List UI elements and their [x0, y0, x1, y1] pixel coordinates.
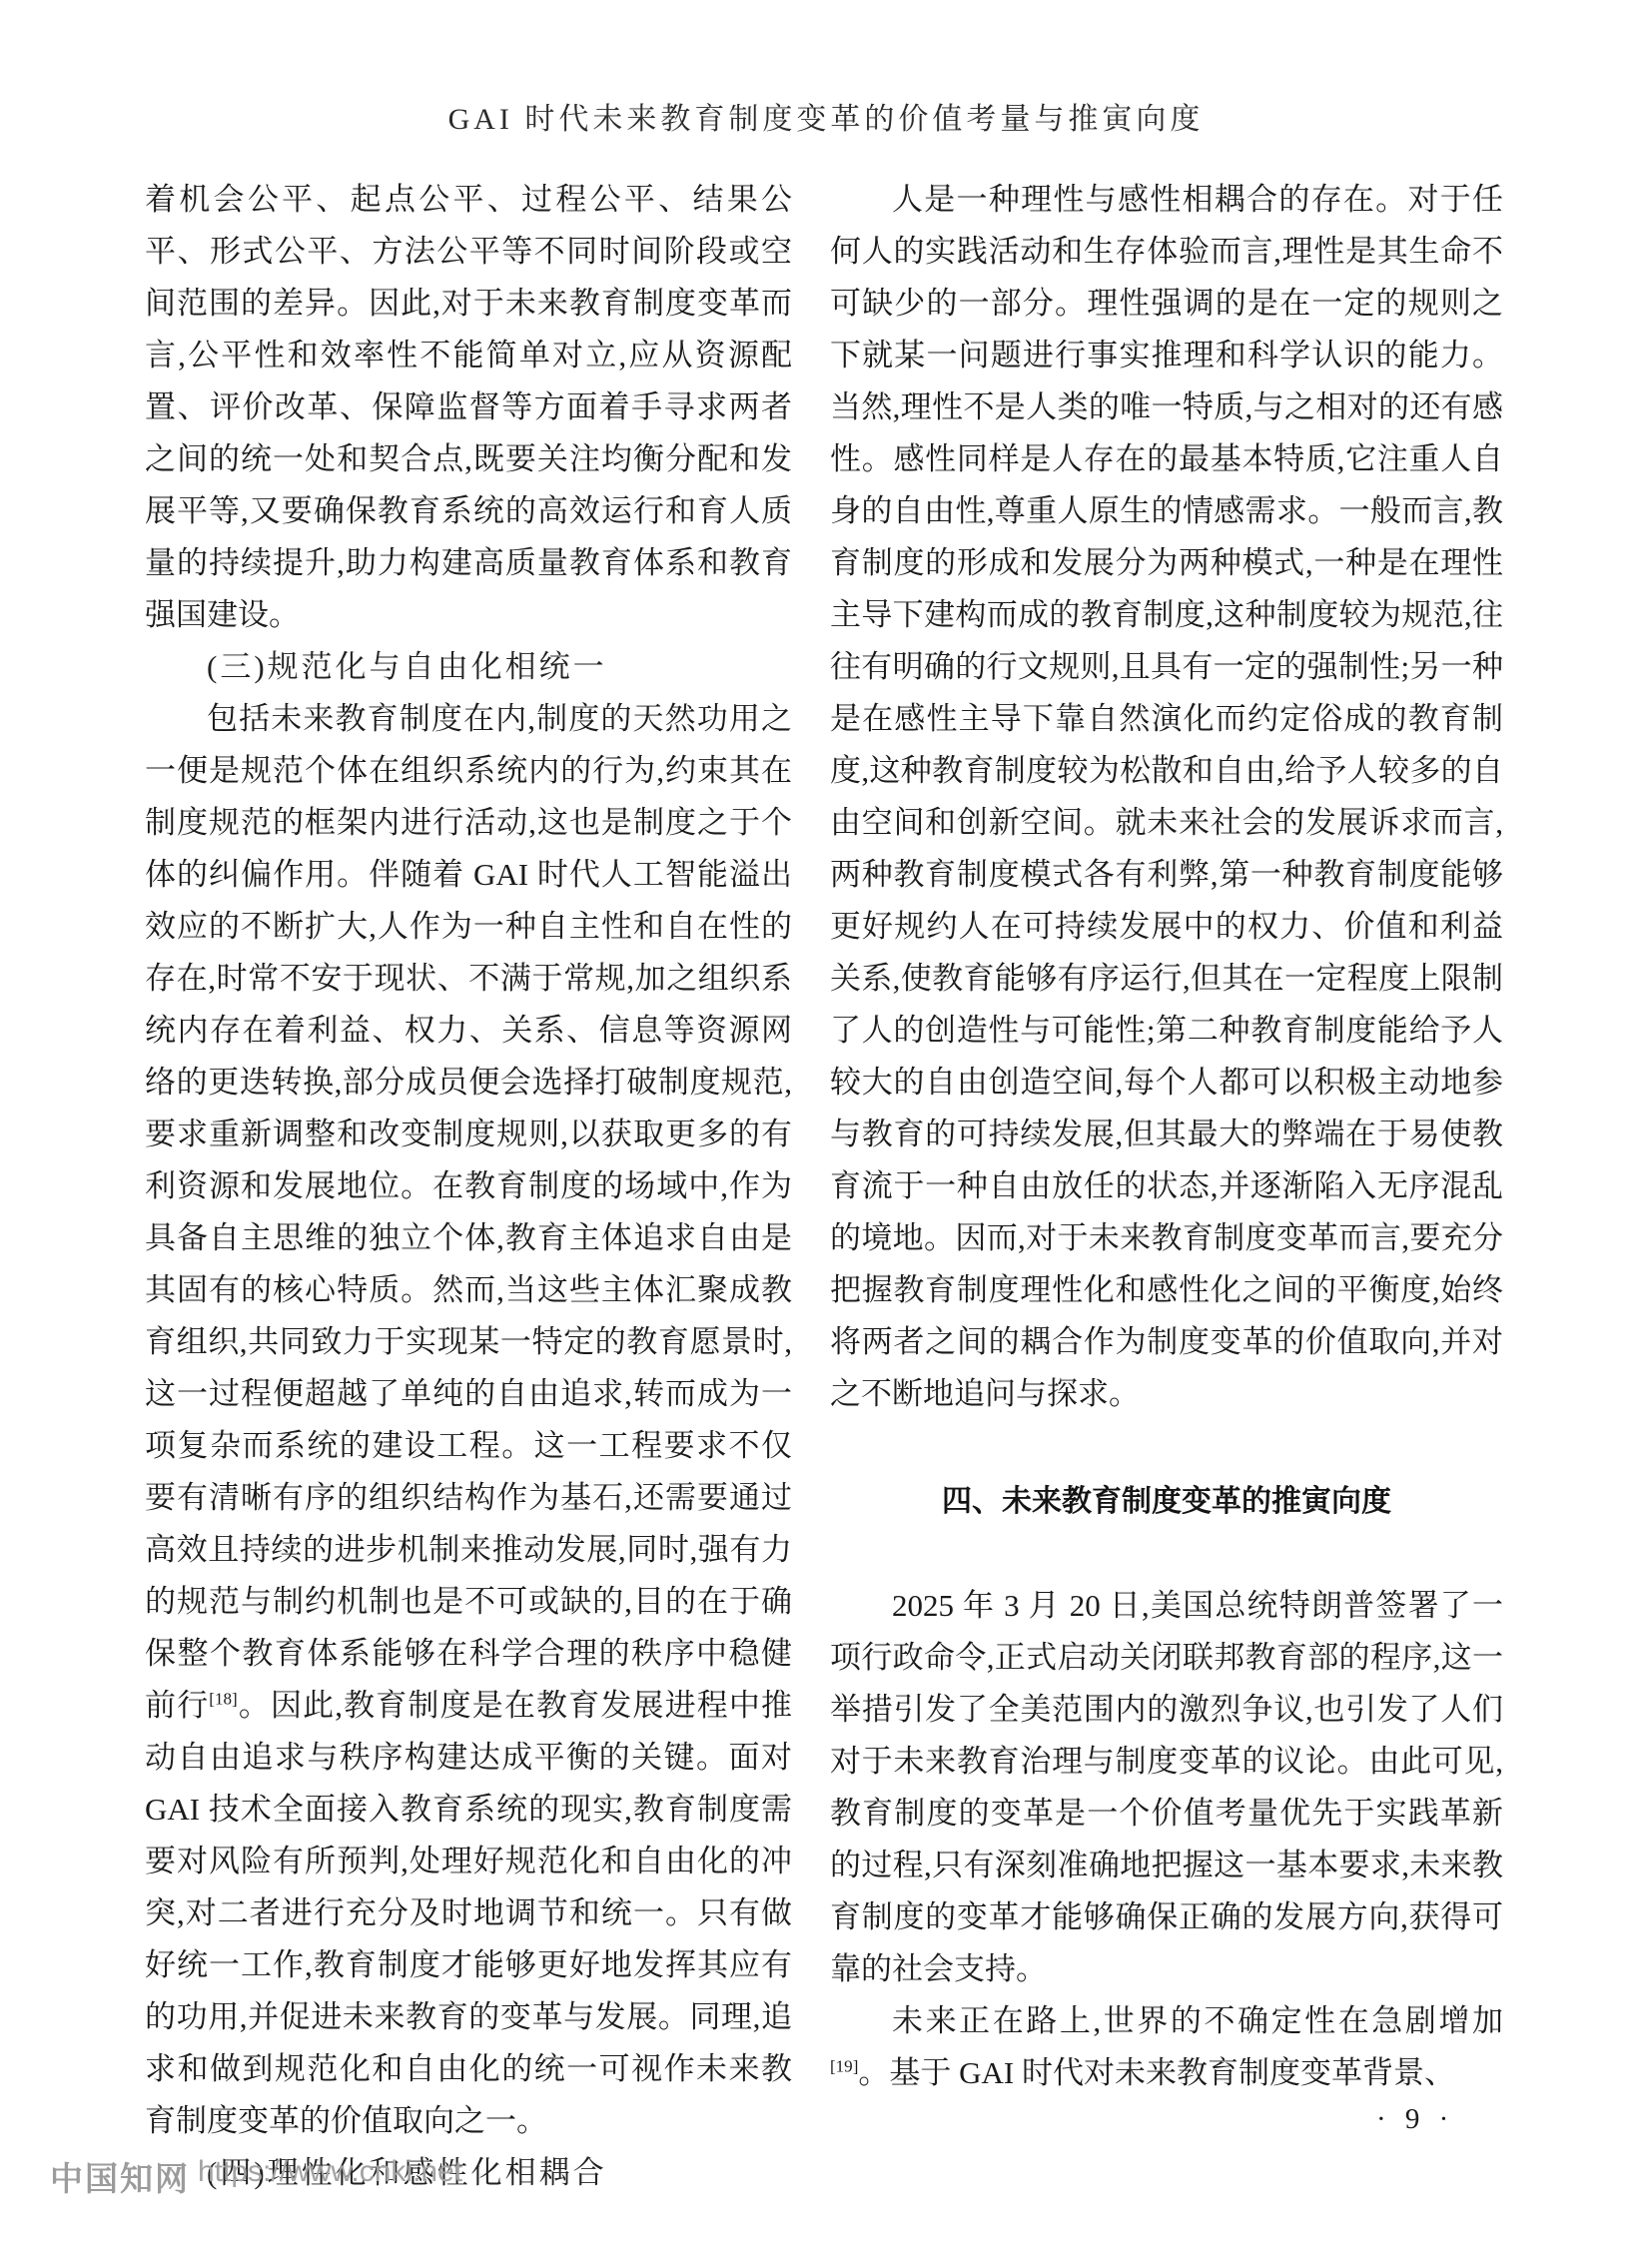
paper-page: GAI 时代未来教育制度变革的价值考量与推寅向度 着机会公平、起点公平、过程公平… — [0, 0, 1652, 2242]
cnki-watermark-url: https://www.cnki.net — [198, 2155, 462, 2189]
body-paragraph: 包括未来教育制度在内,制度的天然功用之一便是规范个体在组织系统内的行为,约束其在… — [145, 693, 792, 2147]
cnki-watermark-logo: 中国知网 — [50, 2153, 190, 2200]
body-paragraph-continued: 着机会公平、起点公平、过程公平、结果公平、形式公平、方法公平等不同时间阶段或空间… — [145, 174, 792, 641]
section-heading-4: 四、未来教育制度变革的推寅向度 — [830, 1476, 1503, 1528]
subsection-heading-3: (三)规范化与自由化相统一 — [145, 641, 792, 693]
body-paragraph-truncated: 未来正在路上,世界的不确定性在急剧增加[19]。基于 GAI 时代对未来教育制度… — [830, 1995, 1503, 2099]
left-column: 着机会公平、起点公平、过程公平、结果公平、形式公平、方法公平等不同时间阶段或空间… — [145, 174, 792, 2199]
right-column: 人是一种理性与感性相耦合的存在。对于任何人的实践活动和生存体验而言,理性是其生命… — [830, 174, 1503, 2099]
running-head-title: GAI 时代未来教育制度变革的价值考量与推寅向度 — [0, 94, 1652, 138]
page-number: · 9 · — [1376, 2103, 1454, 2136]
body-paragraph: 人是一种理性与感性相耦合的存在。对于任何人的实践活动和生存体验而言,理性是其生命… — [830, 174, 1503, 1420]
body-paragraph: 2025 年 3 月 20 日,美国总统特朗普签署了一项行政命令,正式启动关闭联… — [830, 1580, 1503, 1995]
